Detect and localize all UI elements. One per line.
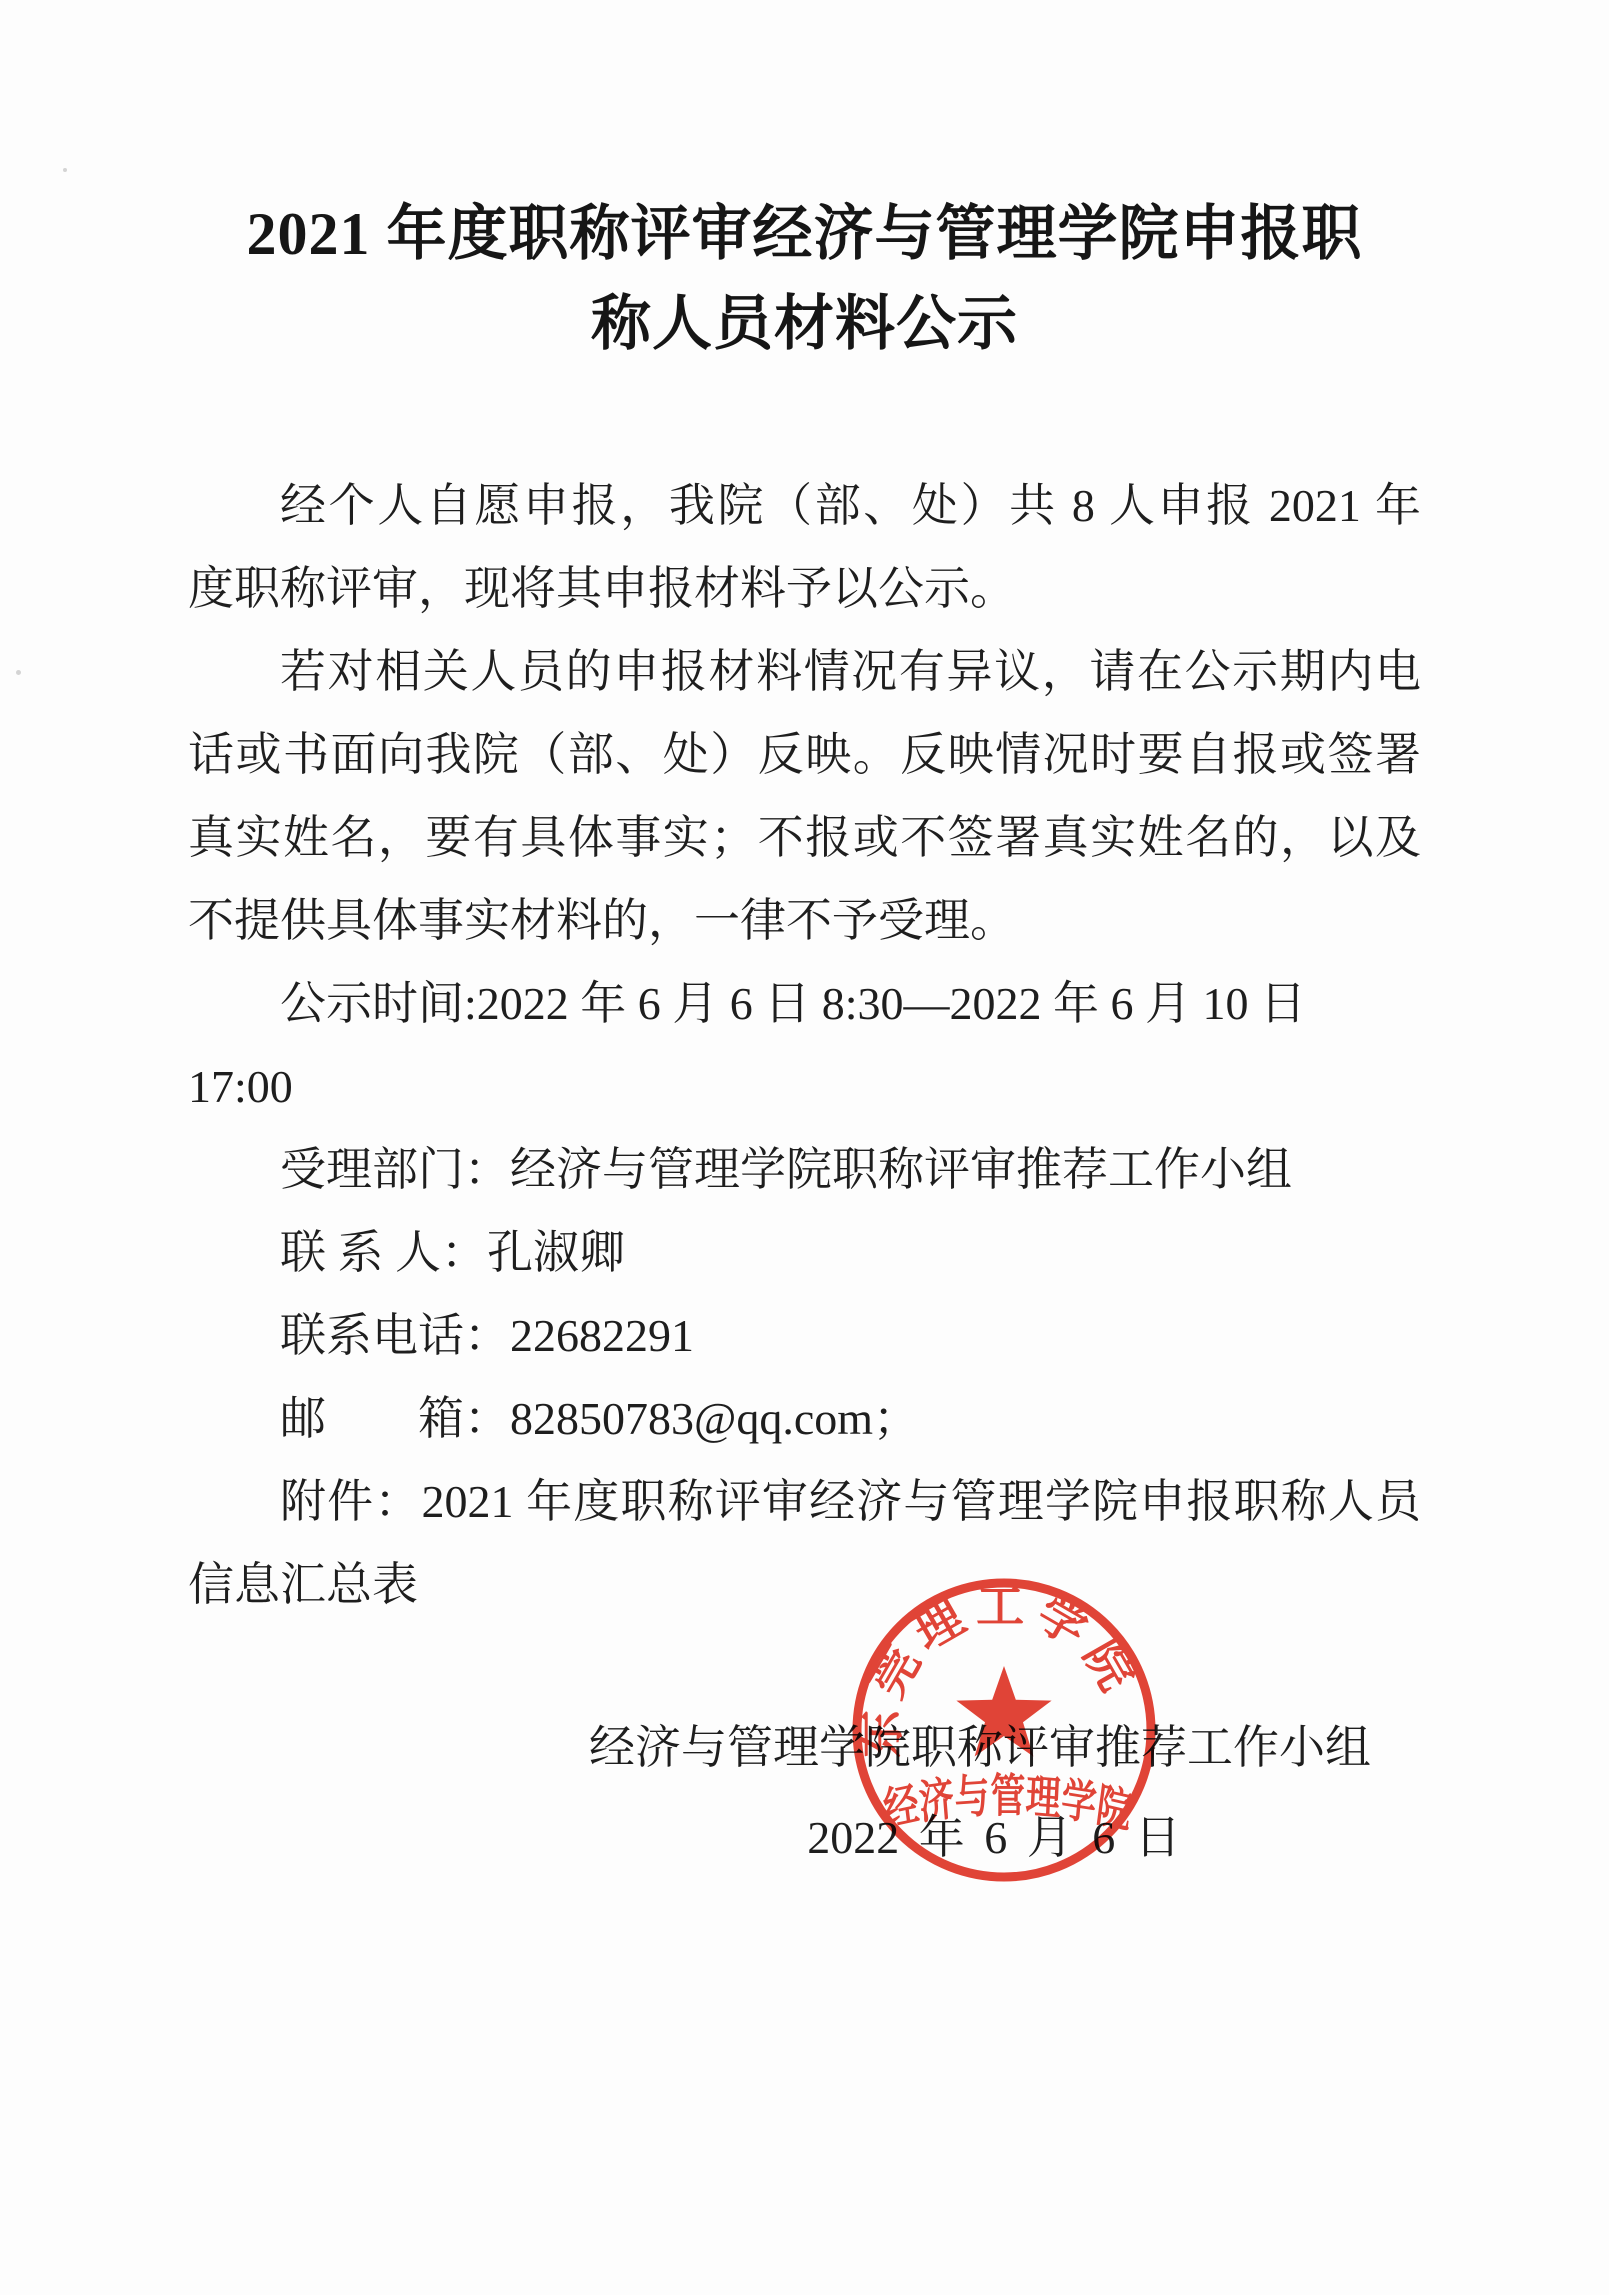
- body-line-attachment: 附件：2021 年度职称评审经济与管理学院申报职称人员: [188, 1460, 1421, 1543]
- seal-inner-text: 经济与管理学院: [881, 1770, 1135, 1838]
- body-line: 话或书面向我院（部、处）反映。反映情况时要自报或签署: [188, 713, 1421, 796]
- body-line: 若对相关人员的申报材料情况有异议，请在公示期内电: [188, 630, 1421, 713]
- official-seal-graphic: 东莞理工学院 经济与管理学院: [848, 1574, 1160, 1886]
- document-title: 2021 年度职称评审经济与管理学院申报职 称人员材料公示: [0, 189, 1609, 369]
- body-line-email: 邮 箱：82850783@qq.com；: [188, 1377, 1421, 1460]
- body-line-publicity-period: 公示时间:2022 年 6 月 6 日 8:30—2022 年 6 月 10 日…: [188, 962, 1421, 1128]
- official-seal: 东莞理工学院 经济与管理学院: [848, 1574, 1160, 1886]
- body-line-accepting-department: 受理部门：经济与管理学院职称评审推荐工作小组: [188, 1128, 1421, 1211]
- document-body: 经个人自愿申报，我院（部、处）共 8 人申报 2021 年 度职称评审，现将其申…: [188, 464, 1421, 1626]
- document-title-line1: 2021 年度职称评审经济与管理学院申报职: [0, 189, 1609, 279]
- body-line: 不提供具体事实材料的，一律不予受理。: [188, 879, 1421, 962]
- seal-inner-text-curve: 经济与管理学院: [881, 1770, 1135, 1838]
- body-line-attachment-cont: 信息汇总表: [188, 1543, 1421, 1626]
- scan-speck: [63, 168, 67, 172]
- body-line: 真实姓名，要有具体事实；不报或不签署真实姓名的，以及: [188, 796, 1421, 879]
- body-line-phone: 联系电话：22682291: [188, 1294, 1421, 1377]
- scan-speck: [16, 670, 21, 675]
- body-line: 度职称评审，现将其申报材料予以公示。: [188, 547, 1421, 630]
- document-title-line2: 称人员材料公示: [0, 279, 1609, 369]
- star-icon: [956, 1666, 1051, 1757]
- body-line: 经个人自愿申报，我院（部、处）共 8 人申报 2021 年: [188, 464, 1421, 547]
- seal-inner-text-group: 经济与管理学院: [881, 1770, 1135, 1838]
- body-line-contact-person: 联 系 人：孔淑卿: [188, 1211, 1421, 1294]
- document-page: 2021 年度职称评审经济与管理学院申报职 称人员材料公示 经个人自愿申报，我院…: [0, 0, 1609, 2295]
